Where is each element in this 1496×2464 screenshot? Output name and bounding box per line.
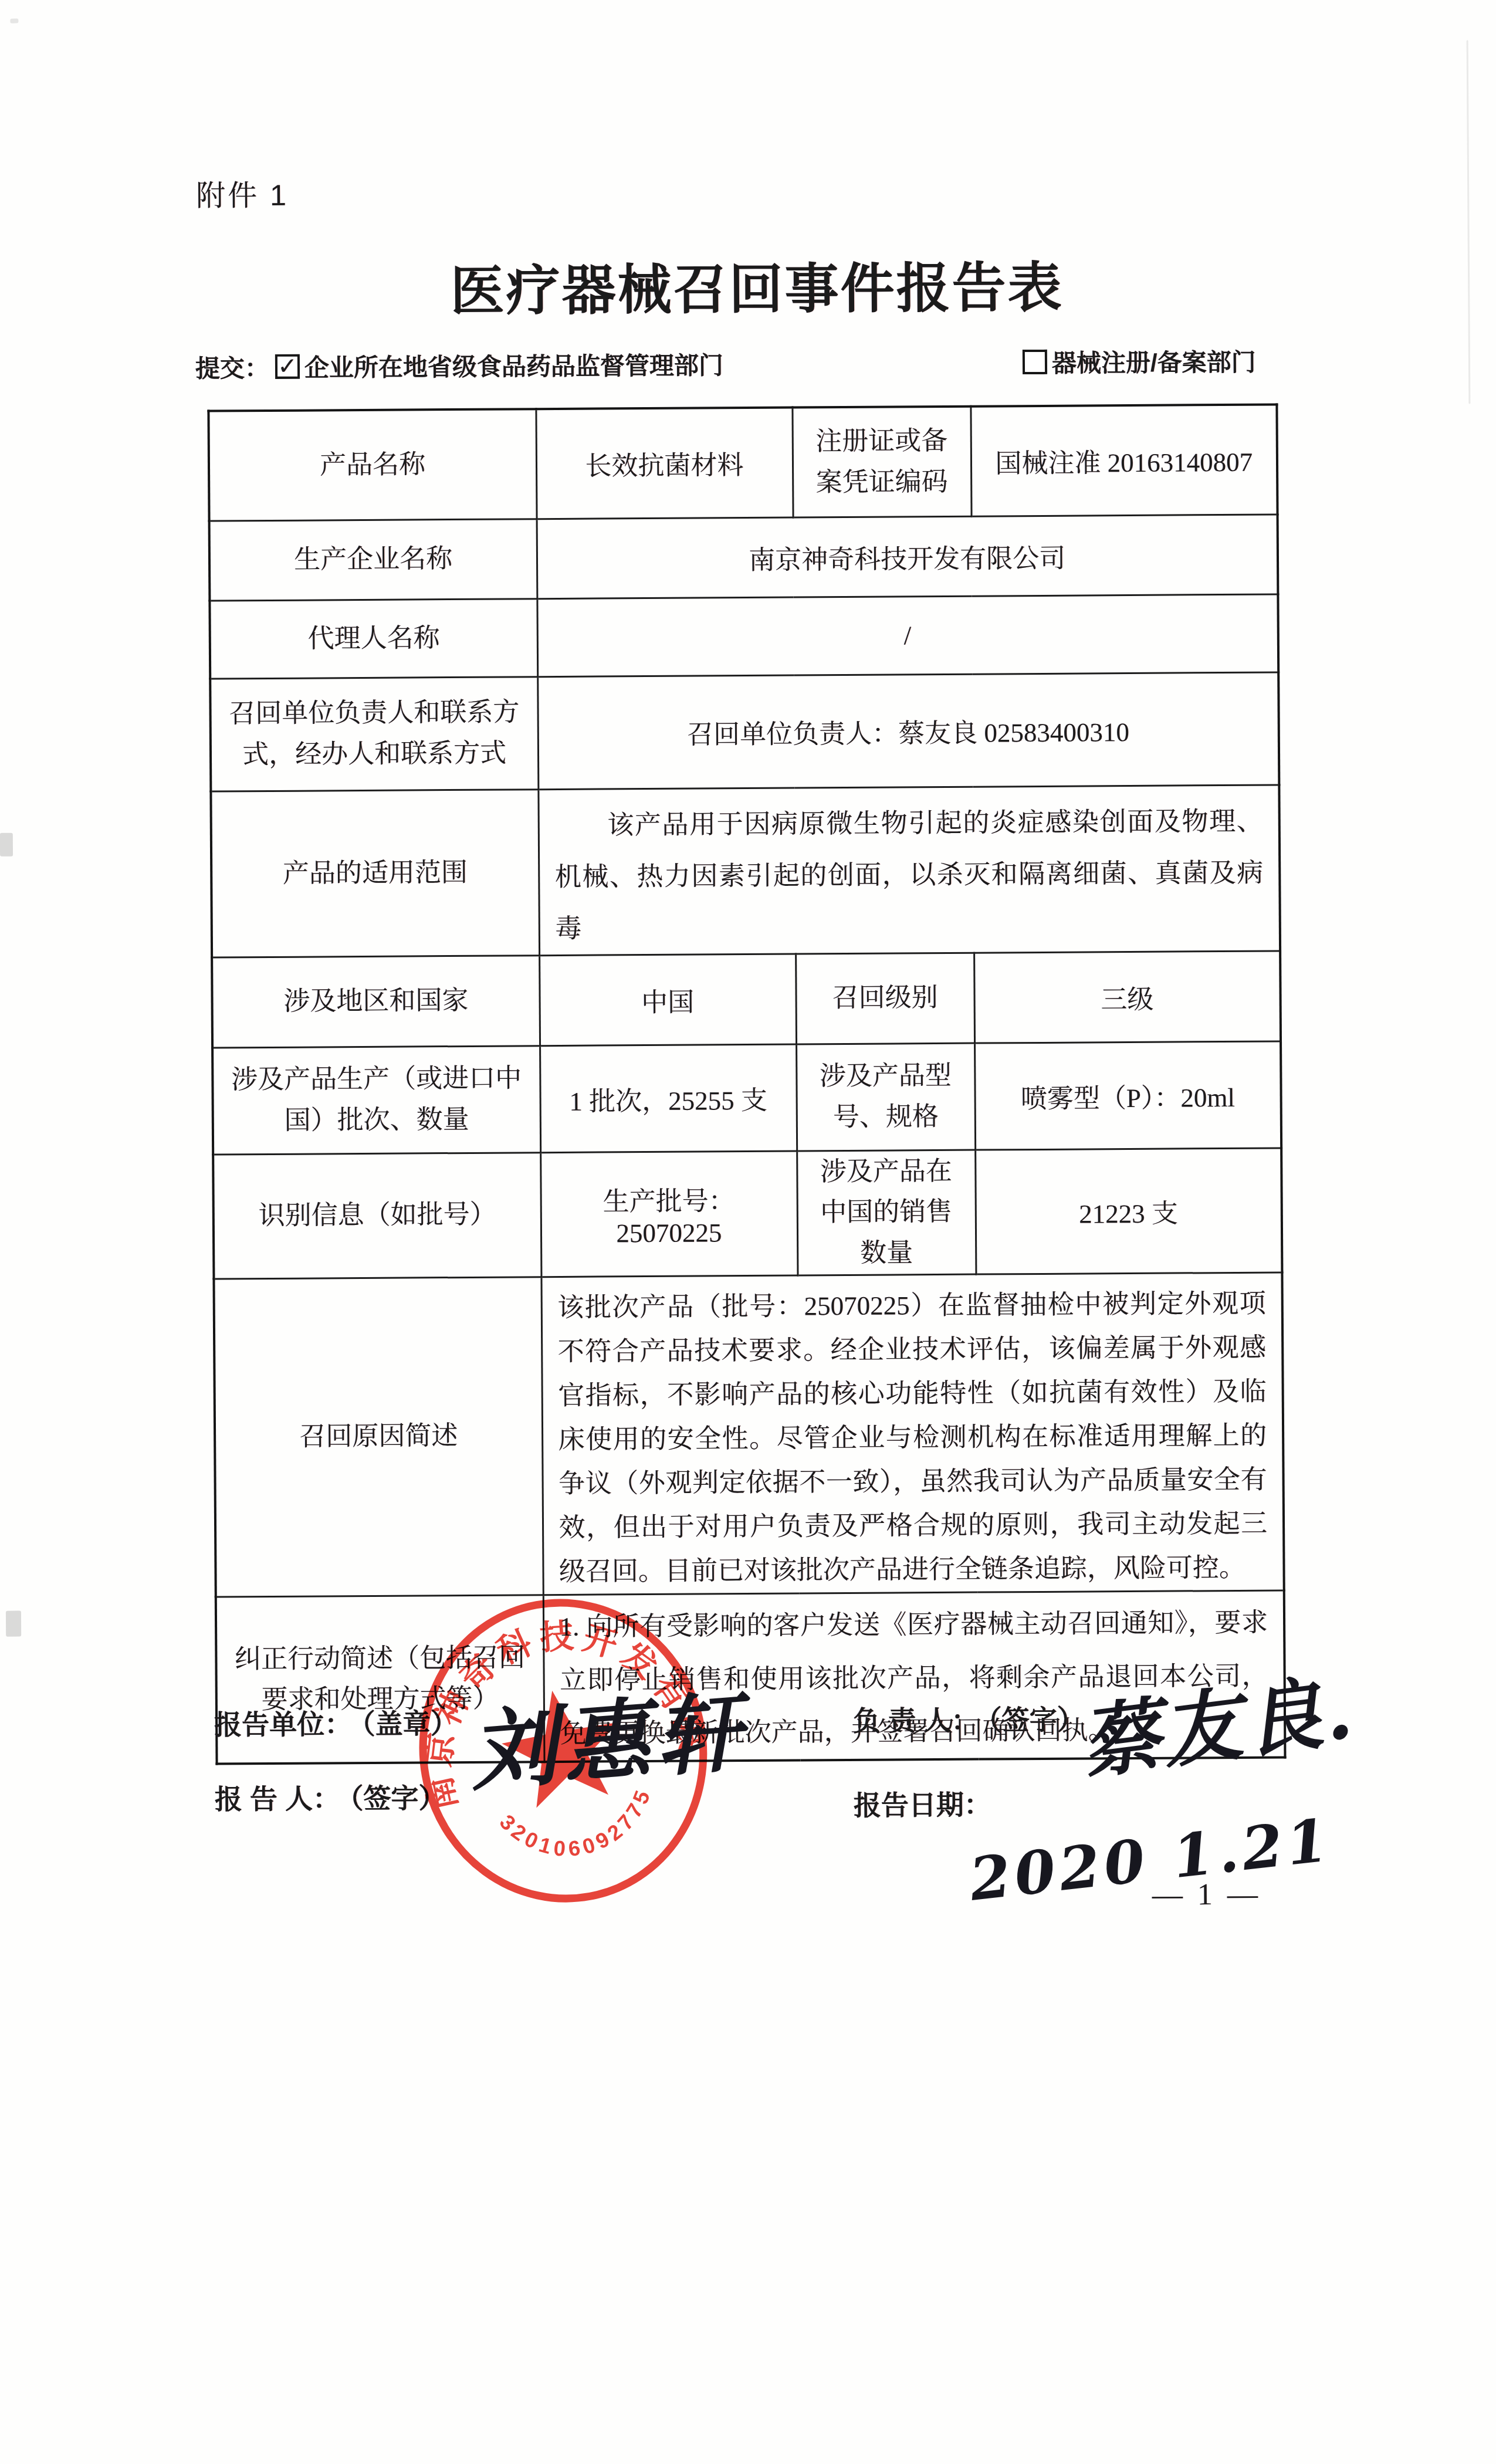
product-name-label: 产品名称	[208, 409, 536, 520]
china-sales-label: 涉及产品在中国的销售数量	[797, 1150, 976, 1275]
applicable-scope-value: 该产品用于因病原微生物引起的炎症感染创面及物理、机械、热力因素引起的创面，以杀灭…	[538, 784, 1280, 955]
submit-row-left: 提交： ✓ 企业所在地省级食品药品监督管理部门	[195, 347, 723, 383]
table-row: 涉及地区和国家 中国 召回级别 三级	[212, 950, 1281, 1047]
reporter-signature: 刘惠轩	[465, 1663, 752, 1808]
report-date-label: 报告日期：	[854, 1789, 991, 1820]
batches-quantity-value: 1 批次，25255 支	[540, 1044, 797, 1152]
recall-reason-value: 该批次产品（批号：25070225）在监督抽检中被判定外观项不符合产品技术要求。…	[541, 1272, 1284, 1595]
applicable-scope-label: 产品的适用范围	[211, 789, 539, 957]
scan-artifact	[10, 19, 18, 23]
table-row: 生产企业名称 南京神奇科技开发有限公司	[209, 514, 1278, 600]
registration-cert-label: 注册证或备案凭证编码	[792, 407, 971, 517]
document-title: 医疗器械召回事件报告表	[425, 244, 1089, 326]
agent-name-value: /	[537, 594, 1278, 676]
model-spec-label: 涉及产品型号、规格	[796, 1043, 975, 1151]
reporter-label: 报 告 人：	[215, 1783, 340, 1815]
agent-name-label: 代理人名称	[209, 598, 537, 678]
manufacturer-value: 南京神奇科技开发有限公司	[537, 514, 1278, 598]
registration-cert-value: 国械注准 20163140807	[970, 404, 1277, 516]
table-row: 产品的适用范围 该产品用于因病原微生物引起的炎症感染创面及物理、机械、热力因素引…	[211, 784, 1280, 957]
identification-label: 识别信息（如批号）	[213, 1152, 541, 1279]
applicable-scope-text: 该产品用于因病原微生物引起的炎症感染创面及物理、机械、热力因素引起的创面，以杀灭…	[554, 795, 1264, 954]
responsible-person-label: 负 责 人：	[853, 1705, 979, 1737]
regions-label: 涉及地区和国家	[212, 955, 540, 1047]
identification-value: 生产批号：25070225	[540, 1150, 797, 1277]
recall-level-label: 召回级别	[796, 953, 974, 1044]
checkbox-registration-dept[interactable]	[1023, 350, 1047, 374]
model-spec-value: 喷雾型（P）：20ml	[974, 1041, 1281, 1149]
scan-artifact	[6, 1611, 21, 1637]
scan-artifact	[0, 833, 13, 857]
scan-artifact	[1467, 40, 1471, 404]
reporter-line: 报 告 人：（签字）	[215, 1776, 446, 1817]
report-unit-label: 报告单位：	[214, 1708, 352, 1740]
recall-contact-value: 召回单位负责人：蔡友良 02583400310	[537, 672, 1279, 789]
table-row: 代理人名称 /	[209, 594, 1278, 678]
table-row: 召回原因简述 该批次产品（批号：25070225）在监督抽检中被判定外观项不符合…	[214, 1272, 1284, 1597]
table-row: 识别信息（如批号） 生产批号：25070225 涉及产品在中国的销售数量 212…	[213, 1148, 1282, 1278]
recall-report-table: 产品名称 长效抗菌材料 注册证或备案凭证编码 国械注准 20163140807 …	[207, 403, 1286, 1765]
manufacturer-label: 生产企业名称	[209, 519, 537, 600]
submit-option-provincial: 企业所在地省级食品药品监督管理部门	[304, 346, 723, 384]
report-date-line: 报告日期：	[854, 1783, 991, 1823]
table-row: 召回单位负责人和联系方式，经办人和联系方式 召回单位负责人：蔡友良 025834…	[210, 672, 1279, 791]
recall-reason-label: 召回原因简述	[214, 1277, 543, 1596]
attachment-label: 附件 1	[196, 172, 289, 215]
recall-level-value: 三级	[974, 950, 1281, 1043]
table-row: 产品名称 长效抗菌材料 注册证或备案凭证编码 国械注准 20163140807	[208, 404, 1277, 520]
submit-option-registration: 器械注册/备案部门	[1052, 343, 1256, 380]
scanned-document-page: 附件 1 医疗器械召回事件报告表 提交： ✓ 企业所在地省级食品药品监督管理部门…	[0, 0, 1496, 2464]
submit-row-right: 器械注册/备案部门	[1023, 344, 1256, 378]
recall-contact-label: 召回单位负责人和联系方式，经办人和联系方式	[210, 676, 538, 791]
responsible-person-line: 负 责 人：（签字）	[853, 1698, 1085, 1739]
checkbox-provincial-authority[interactable]: ✓	[275, 354, 300, 379]
batches-quantity-label: 涉及产品生产（或进口中国）批次、数量	[212, 1045, 540, 1154]
checkmark-icon: ✓	[277, 355, 297, 378]
table-row: 涉及产品生产（或进口中国）批次、数量 1 批次，25255 支 涉及产品型号、规…	[212, 1041, 1281, 1154]
submit-label: 提交：	[195, 349, 269, 385]
sign-hint: （签字）	[988, 1704, 1085, 1736]
recall-reason-text: 该批次产品（批号：25070225）在监督抽检中被判定外观项不符合产品技术要求。…	[557, 1281, 1268, 1593]
regions-value: 中国	[539, 953, 796, 1045]
product-name-value: 长效抗菌材料	[536, 408, 793, 519]
china-sales-value: 21223 支	[975, 1148, 1282, 1274]
